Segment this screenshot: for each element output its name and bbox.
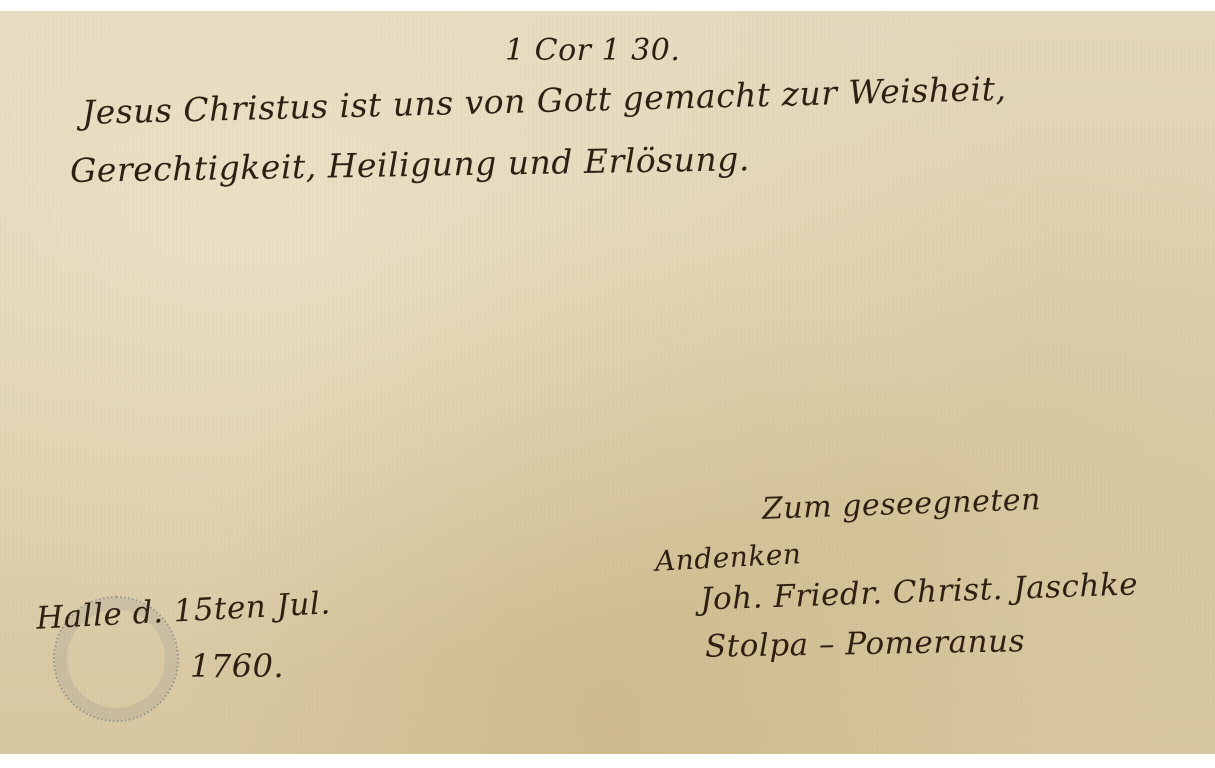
signature-origin: Stolpa – Pomeranus: [705, 623, 1026, 665]
dedication-line-2: Andenken: [654, 537, 802, 578]
manuscript-page: 1 Cor 1 30. Jesus Christus ist uns von G…: [0, 11, 1215, 754]
dateline-place: Halle d. 15ten Jul.: [35, 585, 331, 636]
verse-line-1: Jesus Christus ist uns von Gott gemacht …: [81, 69, 1006, 132]
dedication-line-1: Zum geseegneten: [761, 482, 1041, 527]
dateline-year: 1760.: [190, 647, 284, 685]
signature-name: Joh. Friedr. Christ. Jaschke: [700, 566, 1139, 617]
verse-line-2: Gerechtigkeit, Heiligung und Erlösung.: [70, 139, 750, 190]
bible-reference: 1 Cor 1 30.: [505, 33, 680, 68]
